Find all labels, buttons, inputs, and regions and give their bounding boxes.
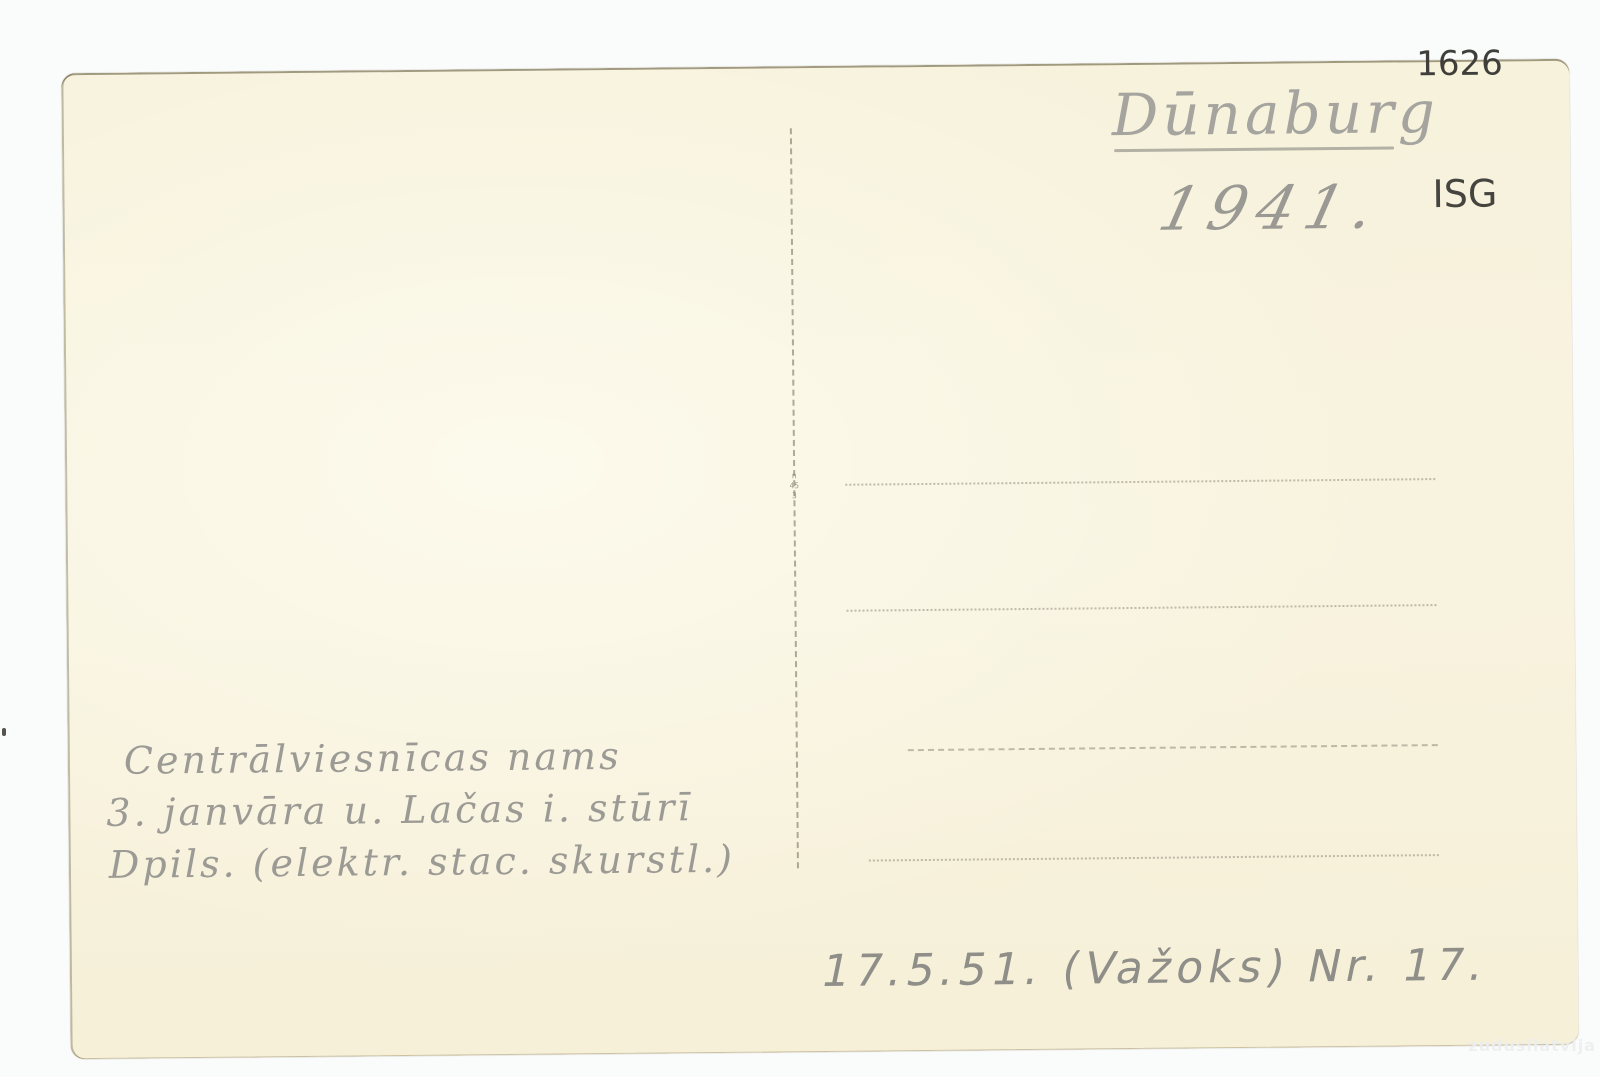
- archive-note: 17.5.51. (Važoks) Nr. 17.: [817, 940, 1494, 997]
- address-line-4: [869, 854, 1439, 861]
- address-line-1: [845, 478, 1435, 486]
- caption-line-1: Centrālviesnīcas nams: [124, 734, 622, 783]
- postcard-back: n 45 3 1626 Dūnaburg 1941. ISG Centrālvi…: [61, 59, 1578, 1059]
- scan-background: n 45 3 1626 Dūnaburg 1941. ISG Centrālvi…: [0, 0, 1600, 1077]
- watermark: zudusilatvija: [1468, 1036, 1596, 1055]
- address-line-3: [908, 744, 1438, 751]
- caption-line-2: 3. janvāra u. Lačas i. stūrī: [106, 785, 693, 835]
- caption-line-3: Dpils. (elektr. stac. skurstl.): [109, 837, 735, 887]
- scan-speck: [2, 728, 6, 736]
- collection-code: ISG: [1432, 171, 1497, 216]
- divider-print-mark: n 45 3: [785, 471, 803, 501]
- year-annotation: 1941.: [1152, 173, 1391, 245]
- address-line-2: [846, 604, 1436, 612]
- place-name: Dūnaburg: [1111, 78, 1439, 149]
